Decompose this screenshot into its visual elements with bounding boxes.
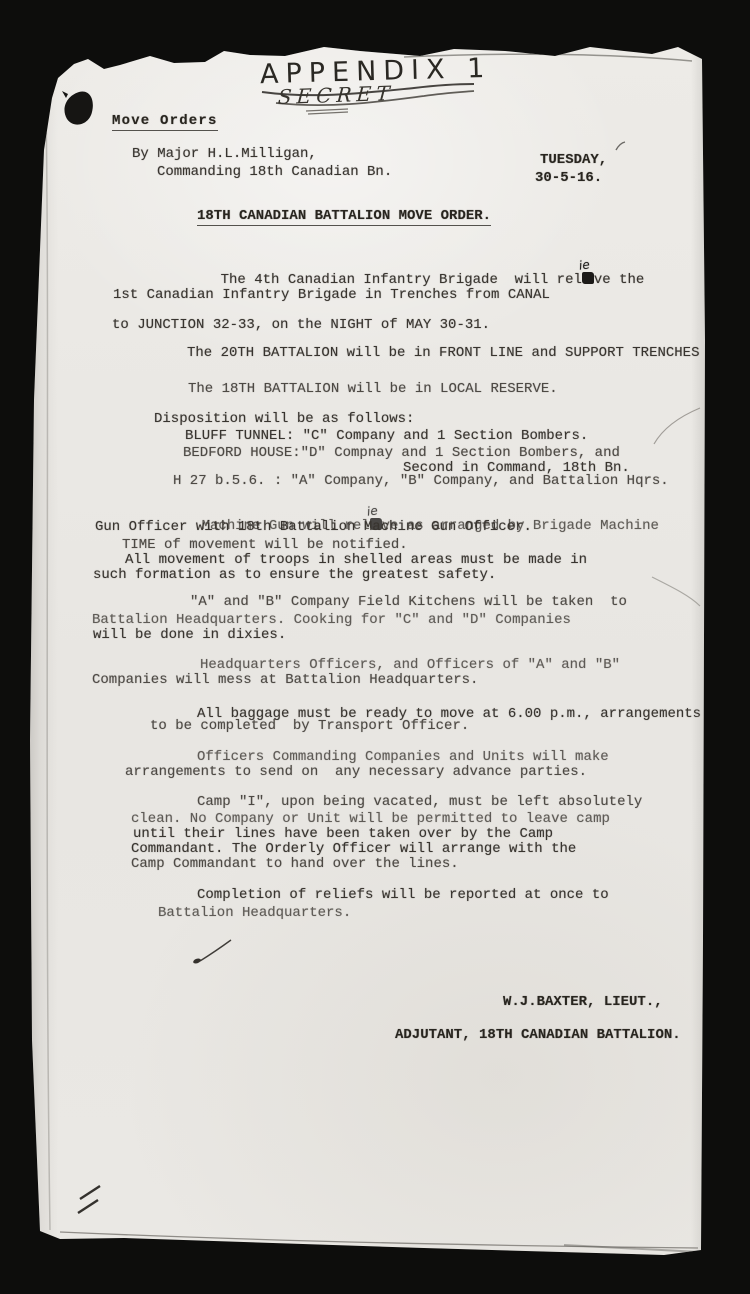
inner-page-bottom-shadow bbox=[564, 1245, 700, 1252]
body-line: will be done in dixies. bbox=[93, 628, 286, 643]
body-line: Camp Commandant to hand over the lines. bbox=[131, 857, 459, 872]
body-line: All movement of troops in shelled areas … bbox=[125, 553, 587, 568]
date-day: TUESDAY, bbox=[540, 153, 607, 168]
handwritten-ie-correction: ie bbox=[366, 503, 379, 519]
body-line: clean. No Company or Unit will be permit… bbox=[131, 812, 610, 827]
body-line: to JUNCTION 32-33, on the NIGHT of MAY 3… bbox=[112, 318, 490, 333]
issued-by-line: Commanding 18th Canadian Bn. bbox=[157, 165, 392, 180]
handwritten-ie-correction: ie bbox=[578, 257, 591, 273]
ink-blot-correction: ie bbox=[582, 272, 594, 284]
body-line: Camp "I", upon being vacated, must be le… bbox=[197, 795, 642, 810]
margin-pencil-arc-lower bbox=[652, 577, 700, 606]
body-line: to be completed by Transport Officer. bbox=[150, 719, 469, 734]
bottom-tick-mark-2 bbox=[78, 1200, 98, 1213]
body-line: TIME of movement will be notified. bbox=[122, 538, 408, 553]
secret-hatch-mark bbox=[306, 109, 348, 114]
move-orders-heading: Move Orders bbox=[112, 114, 218, 131]
body-line: arrangements to send on any necessary ad… bbox=[125, 765, 587, 780]
handwritten-secret-label: SECRET bbox=[277, 81, 395, 109]
body-line: Battalion Headquarters. bbox=[158, 906, 351, 921]
signature-name: W.J.BAXTER, LIEUT., bbox=[503, 995, 663, 1010]
body-line: Disposition will be as follows: bbox=[154, 412, 414, 427]
pencil-check-mark bbox=[200, 940, 231, 961]
document-page: APPENDIX 1 SECRET Move Orders By Major H… bbox=[24, 40, 705, 1258]
body-line: Commandant. The Orderly Officer will arr… bbox=[131, 842, 576, 857]
margin-pencil-arc-upper bbox=[654, 408, 700, 444]
body-line: 1st Canadian Infantry Brigade in Trenche… bbox=[113, 288, 550, 303]
stray-pencil-mark bbox=[616, 142, 625, 150]
body-line: BLUFF TUNNEL: "C" Company and 1 Section … bbox=[185, 429, 588, 444]
body-line: Companies will mess at Battalion Headqua… bbox=[92, 673, 478, 688]
body-line: Gun Officer with 18th Battalion Machine … bbox=[95, 520, 532, 535]
body-line: Battalion Headquarters. Cooking for "C" … bbox=[92, 613, 571, 628]
body-line: until their lines have been taken over b… bbox=[133, 827, 553, 842]
document-title: 18TH CANADIAN BATTALION MOVE ORDER. bbox=[197, 209, 491, 226]
pencil-check-dot bbox=[192, 958, 201, 965]
body-line: The 18TH BATTALION will be in LOCAL RESE… bbox=[188, 382, 558, 397]
body-line: H 27 b.5.6. : "A" Company, "B" Company, … bbox=[173, 474, 669, 489]
body-text-segment: ve the bbox=[594, 272, 644, 288]
body-line: BEDFORD HOUSE:"D" Compnay and 1 Section … bbox=[183, 446, 620, 461]
ink-blot bbox=[62, 91, 93, 125]
inner-page-bottom-edge bbox=[60, 1232, 698, 1248]
signature-role: ADJUTANT, 18TH CANADIAN BATTALION. bbox=[395, 1028, 681, 1043]
body-line: "A" and "B" Company Field Kitchens will … bbox=[190, 595, 627, 610]
body-text-segment: The 4th Canadian Infantry Brigade will r… bbox=[221, 272, 582, 288]
body-line: Completion of reliefs will be reported a… bbox=[197, 888, 609, 903]
body-line: Officers Commanding Companies and Units … bbox=[197, 750, 609, 765]
body-line: such formation as to ensure the greatest… bbox=[93, 568, 496, 583]
left-fold-shadow-line bbox=[46, 110, 50, 1230]
body-line: The 20TH BATTALION will be in FRONT LINE… bbox=[187, 346, 699, 361]
bottom-tick-mark-1 bbox=[80, 1186, 100, 1199]
date-value: 30-5-16. bbox=[535, 171, 602, 186]
issued-by-line: By Major H.L.Milligan, bbox=[132, 147, 317, 162]
body-line: Headquarters Officers, and Officers of "… bbox=[200, 658, 620, 673]
